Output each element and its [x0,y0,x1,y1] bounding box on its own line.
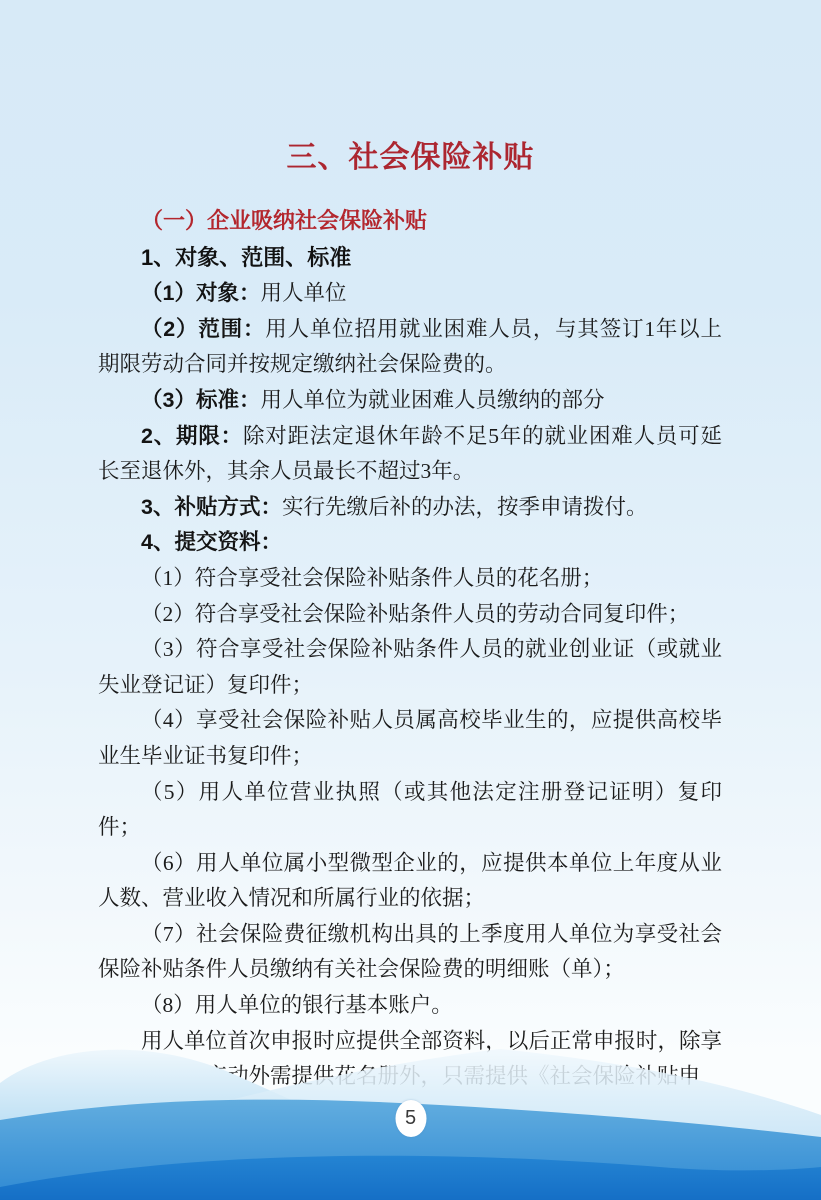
paragraph: 用人单位首次申报时应提供全部资料，以后正常申报时，除享受人员发生变动外需提供花名… [98,1024,722,1095]
paragraph: （3）符合享受社会保险补贴条件人员的就业创业证（或就业失业登记证）复印件； [98,632,722,703]
paragraph: 2、期限：除对距法定退休年龄不足5年的就业困难人员可延长至退休外，其余人员最长不… [98,419,722,490]
paragraph: （3）标准：用人单位为就业困难人员缴纳的部分 [98,383,722,419]
paragraph: 3、补贴方式：实行先缴后补的办法，按季申请拨付。 [98,490,722,526]
paragraph-text: 实行先缴后补的办法，按季申请拨付。 [282,495,648,519]
paragraph-label: 4、提交资料： [141,530,282,554]
paragraph: （8）用人单位的银行基本账户。 [98,988,722,1024]
paragraph: （2）符合享受社会保险补贴条件人员的劳动合同复印件； [98,597,722,633]
paragraph-text: （2）符合享受社会保险补贴条件人员的劳动合同复印件； [141,602,689,626]
paragraph: （1）符合享受社会保险补贴条件人员的花名册； [98,561,722,597]
page-number: 5 [405,1107,416,1130]
paragraph-label: （1）对象： [141,281,260,305]
paragraph-list: （一）企业吸纳社会保险补贴 1、对象、范围、标准 （1）对象：用人单位 （2）范… [98,203,722,1095]
paragraph: 4、提交资料： [98,525,722,561]
paragraph-label: 3、补贴方式： [141,495,282,519]
paragraph: （一）企业吸纳社会保险补贴 [98,203,722,240]
paragraph-text: （6）用人单位属小型微型企业的，应提供本单位上年度从业人数、营业收入情况和所属行… [98,851,722,911]
paragraph-label: 2、期限： [141,424,243,448]
wave-layer-deep [0,1156,821,1200]
paragraph-text: （4）享受社会保险补贴人员属高校毕业生的，应提供高校毕业生毕业证书复印件； [98,708,722,768]
paragraph-text: （1）符合享受社会保险补贴条件人员的花名册； [141,566,603,590]
paragraph: （2）范围：用人单位招用就业困难人员，与其签订1年以上期限劳动合同并按规定缴纳社… [98,312,722,383]
paragraph: （1）对象：用人单位 [98,276,722,312]
paragraph-text: （8）用人单位的银行基本账户。 [141,993,453,1017]
paragraph-text: （7）社会保险费征缴机构出具的上季度用人单位为享受社会保险补贴条件人员缴纳有关社… [98,922,722,982]
document-body: （一）企业吸纳社会保险补贴 1、对象、范围、标准 （1）对象：用人单位 （2）范… [0,203,821,1095]
paragraph-text: 用人单位 [260,281,346,305]
paragraph: 1、对象、范围、标准 [98,240,722,277]
paragraph-label: （2）范围： [141,317,265,341]
document-page: 三、社会保险补贴 （一）企业吸纳社会保险补贴 1、对象、范围、标准 （1）对象：… [0,0,821,1200]
paragraph: （4）享受社会保险补贴人员属高校毕业生的，应提供高校毕业生毕业证书复印件； [98,703,722,774]
page-number-badge: 5 [395,1100,426,1137]
paragraph-text: （5）用人单位营业执照（或其他法定注册登记证明）复印件； [98,780,722,840]
wave-layer-medium [0,1100,821,1200]
paragraph: （7）社会保险费征缴机构出具的上季度用人单位为享受社会保险补贴条件人员缴纳有关社… [98,917,722,988]
paragraph: （6）用人单位属小型微型企业的，应提供本单位上年度从业人数、营业收入情况和所属行… [98,846,722,917]
paragraph-label: （3）标准： [141,388,260,412]
page-title: 三、社会保险补贴 [0,0,821,176]
paragraph-label: 1、对象、范围、标准 [141,245,351,270]
paragraph-text: （3）符合享受社会保险补贴条件人员的就业创业证（或就业失业登记证）复印件； [98,637,722,697]
paragraph-text: 用人单位首次申报时应提供全部资料，以后正常申报时，除享受人员发生变动外需提供花名… [98,1029,722,1089]
paragraph: （5）用人单位营业执照（或其他法定注册登记证明）复印件； [98,775,722,846]
paragraph-label: （一）企业吸纳社会保险补贴 [141,208,427,233]
paragraph-text: 用人单位为就业困难人员缴纳的部分 [260,388,604,412]
